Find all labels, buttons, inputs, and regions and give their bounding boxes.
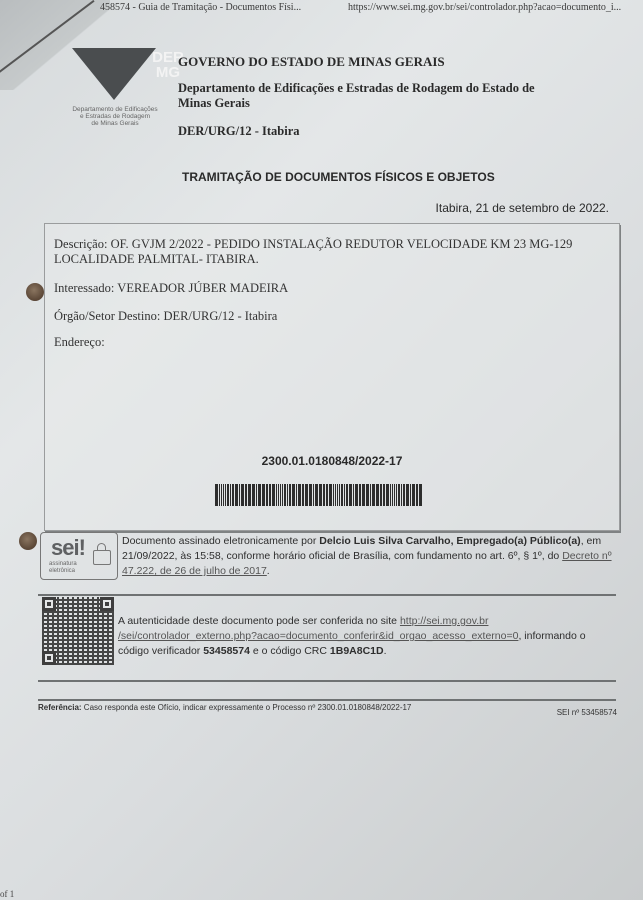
- logo-triangle-icon: DER MG: [72, 48, 156, 100]
- divider: [38, 594, 616, 596]
- der-mg-logo: DER MG Departamento de Edificações e Est…: [60, 48, 170, 127]
- signature-text: Documento assinado eletronicamente por D…: [122, 534, 622, 579]
- document-date: Itabira, 21 de setembro de 2022.: [436, 201, 609, 215]
- punch-hole: [19, 532, 37, 550]
- document-details-box: Descrição: OF. GVJM 2/2022 - PEDIDO INST…: [44, 223, 620, 531]
- print-header-url: https://www.sei.mg.gov.br/sei/controlado…: [348, 2, 621, 13]
- interested-field: Interessado: VEREADOR JÚBER MADEIRA: [54, 281, 609, 296]
- signer-name: Delcio Luis Silva Carvalho, Empregado(a)…: [319, 535, 580, 547]
- divider: [38, 699, 616, 701]
- department-heading: Departamento de Edificações e Estradas d…: [178, 81, 568, 111]
- sei-signature-badge: sei! assinatura eletrônica: [40, 532, 118, 580]
- document-title: TRAMITAÇÃO DE DOCUMENTOS FÍSICOS E OBJET…: [182, 170, 495, 184]
- destination-field: Órgão/Setor Destino: DER/URG/12 - Itabir…: [54, 309, 609, 324]
- verifier-code: 53458574: [203, 645, 250, 657]
- process-number: 2300.01.0180848/2022-17: [45, 454, 619, 468]
- page-indicator: of 1: [0, 889, 14, 899]
- logo-caption: Departamento de Edificações e Estradas d…: [60, 106, 170, 127]
- sei-number: SEI nº 53458574: [557, 708, 617, 717]
- authenticity-text: A autenticidade deste documento pode ser…: [118, 614, 618, 659]
- divider: [38, 680, 616, 682]
- crc-code: 1B9A8C1D: [330, 645, 384, 657]
- punch-hole: [26, 283, 44, 301]
- sei-logo: sei!: [51, 535, 85, 561]
- process-barcode: [215, 484, 443, 506]
- reference-note: Referência: Caso responda este Ofício, i…: [38, 703, 411, 712]
- qr-code-icon: [42, 597, 114, 665]
- unit-heading: DER/URG/12 - Itabira: [178, 124, 300, 139]
- description-field: Descrição: OF. GVJM 2/2022 - PEDIDO INST…: [54, 237, 609, 267]
- government-heading: GOVERNO DO ESTADO DE MINAS GERAIS: [178, 54, 445, 70]
- address-field: Endereço:: [54, 335, 609, 350]
- print-header-title: 458574 - Guia de Tramitação - Documentos…: [100, 2, 301, 13]
- lock-icon: [93, 550, 111, 565]
